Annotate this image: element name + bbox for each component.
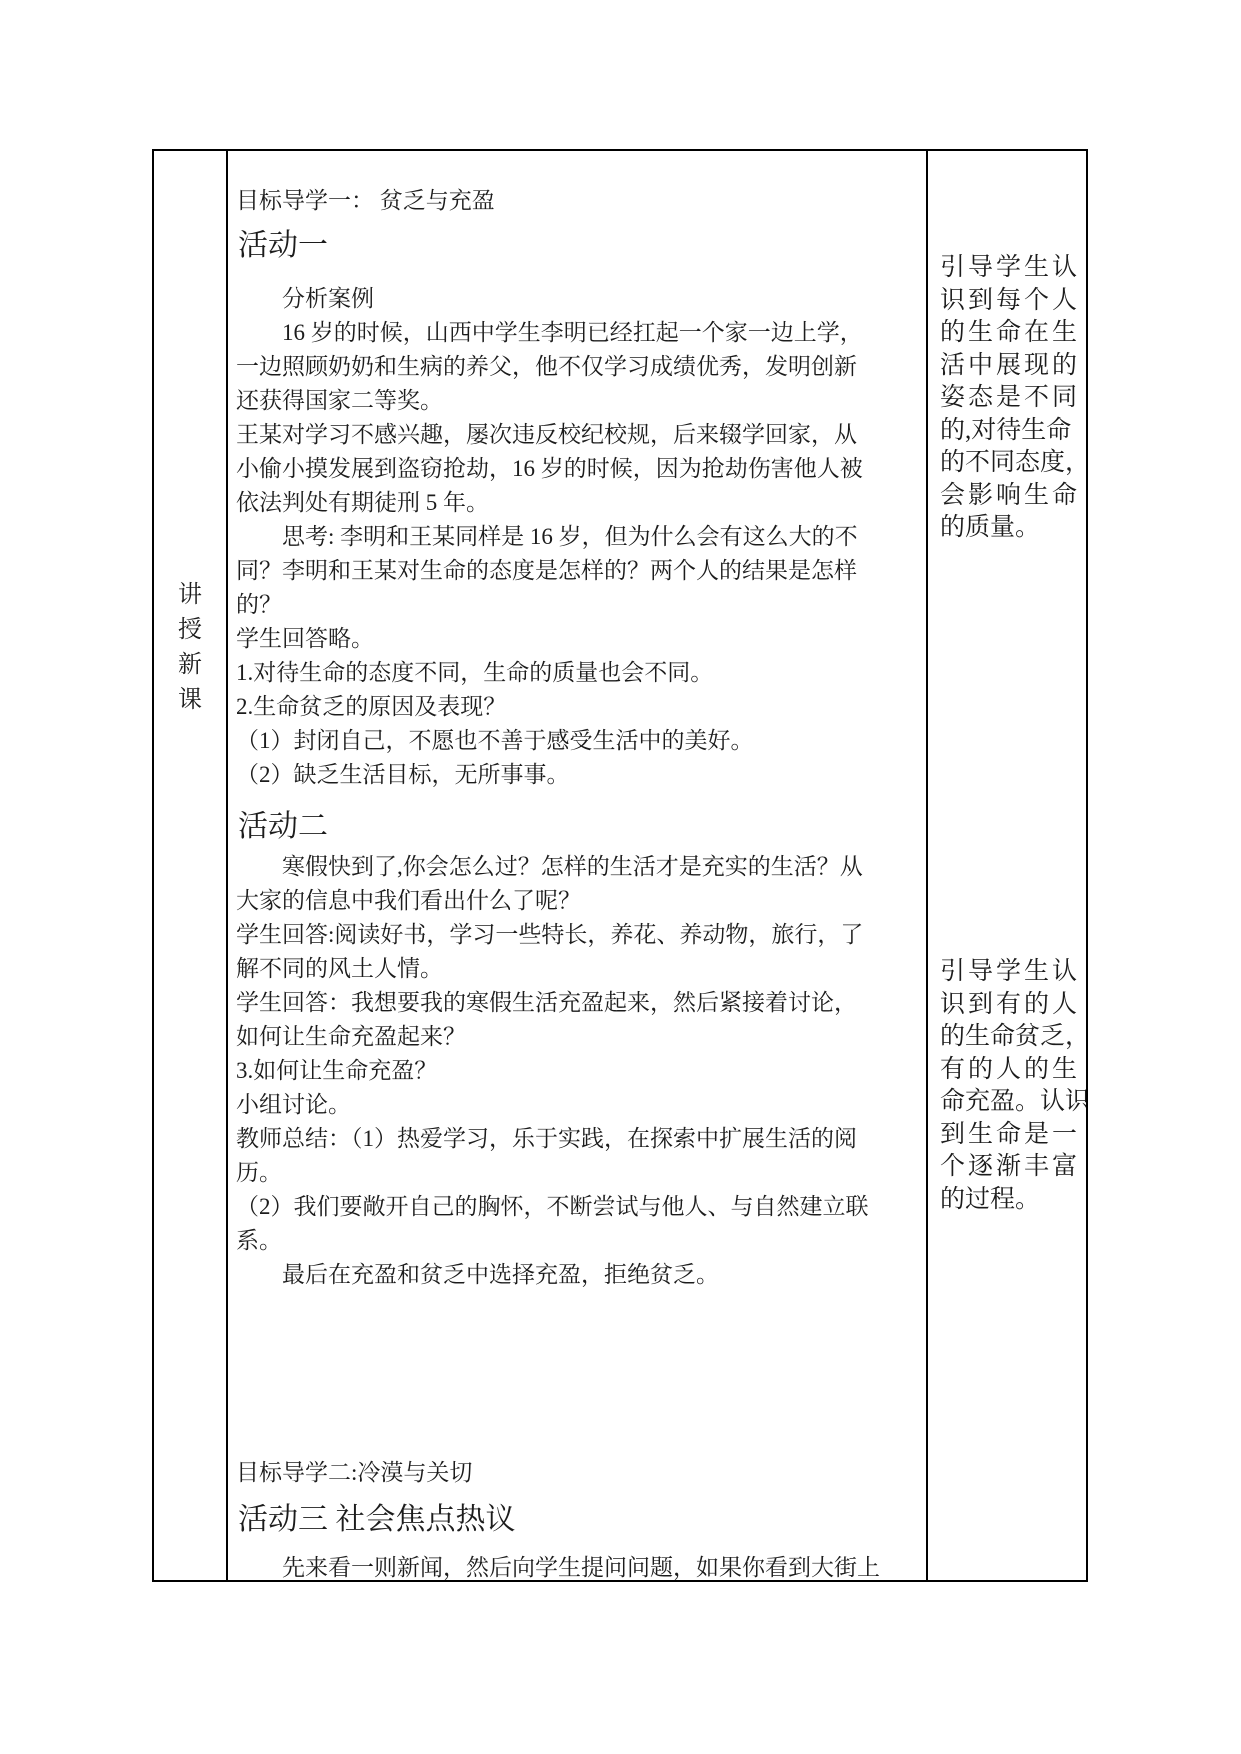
text-line: 王某对学习不感兴趣，屡次违反校纪校规，后来辍学回家，从 (236, 418, 916, 452)
text-line: 16 岁的时候，山西中学生李明已经扛起一个家一边上学， (236, 316, 916, 350)
text-line: 3.如何让生命充盈？ (236, 1054, 916, 1088)
text-line: 思考: 李明和王某同样是 16 岁，但为什么会有这么大的不 (236, 520, 916, 554)
note-line: 的不同态度， (940, 447, 1077, 480)
note-line: 个逐渐丰富 (940, 1151, 1077, 1184)
note-line: 的质量。 (940, 512, 1077, 545)
section2-title: 目标导学二:冷漠与关切 (236, 1456, 916, 1490)
text-line: 分析案例 (236, 282, 916, 316)
note-line: 活中展现的 (940, 350, 1077, 383)
text-line: 一边照顾奶奶和生病的养父，他不仅学习成绩优秀，发明创新 (236, 350, 916, 384)
section1-title: 目标导学一： 贫乏与充盈 (236, 184, 916, 218)
text-line: 教师总结：（1）热爱学习，乐于实践，在探索中扩展生活的阅 (236, 1122, 916, 1156)
text-line: 学生回答：我想要我的寒假生活充盈起来，然后紧接着讨论， (236, 986, 916, 1020)
text-line: 学生回答:阅读好书，学习一些特长，养花、养动物，旅行，了 (236, 918, 916, 952)
text-line: 最后在充盈和贫乏中选择充盈，拒绝贫乏。 (236, 1258, 916, 1292)
note-line: 的生命贫乏， (940, 1021, 1077, 1054)
text-line: 解不同的风土人情。 (236, 952, 916, 986)
stage-char: 课 (154, 683, 226, 718)
note-line: 引导学生认 (940, 252, 1077, 285)
note-line: 的,对待生命 (940, 415, 1077, 448)
note-line: 的生命在生 (940, 317, 1077, 350)
text-line: 先来看一则新闻，然后向学生提问问题，如果你看到大街上 (236, 1551, 916, 1580)
text-line: 历。 (236, 1156, 916, 1190)
text-line: 的？ (236, 588, 916, 622)
activity2-heading: 活动二 (238, 810, 916, 844)
content-column: 目标导学一： 贫乏与充盈 活动一 分析案例 16 岁的时候，山西中学生李明已经扛… (228, 151, 928, 1580)
stage-column: 讲 授 新 课 (154, 151, 228, 1580)
note-line: 有的人的生 (940, 1054, 1077, 1087)
text-line: 同？李明和王某对生命的态度是怎样的？两个人的结果是怎样 (236, 554, 916, 588)
notes-column: 引导学生认 识到每个人 的生命在生 活中展现的 姿态是不同 的,对待生命 的不同… (928, 151, 1086, 1580)
activity3-heading: 活动三 社会焦点热议 (238, 1503, 916, 1537)
text-line: 寒假快到了,你会怎么过？怎样的生活才是充实的生活？从 (236, 850, 916, 884)
lesson-plan-table: 讲 授 新 课 目标导学一： 贫乏与充盈 活动一 分析案例 16 岁的时候，山西… (152, 149, 1088, 1582)
text-line: （1）封闭自己，不愿也不善于感受生活中的美好。 (236, 724, 916, 758)
note-line: 命充盈。认识 (940, 1086, 1077, 1119)
case-analysis-block: 分析案例 16 岁的时候，山西中学生李明已经扛起一个家一边上学， 一边照顾奶奶和… (236, 282, 916, 792)
guidance-note-1: 引导学生认 识到每个人 的生命在生 活中展现的 姿态是不同 的,对待生命 的不同… (940, 252, 1077, 545)
text-line: 还获得国家二等奖。 (236, 384, 916, 418)
note-line: 的过程。 (940, 1184, 1077, 1217)
text-line: 依法判处有期徒刑 5 年。 (236, 486, 916, 520)
note-line: 会影响生命 (940, 480, 1077, 513)
text-line: 如何让生命充盈起来？ (236, 1020, 916, 1054)
activity1-heading: 活动一 (238, 229, 916, 263)
text-line: 1.对待生命的态度不同，生命的质量也会不同。 (236, 656, 916, 690)
note-line: 姿态是不同 (940, 382, 1077, 415)
note-line: 识到每个人 (940, 285, 1077, 318)
stage-char: 授 (154, 613, 226, 648)
text-line: （2）我们要敞开自己的胸怀，不断尝试与他人、与自然建立联 (236, 1190, 916, 1224)
text-line: 学生回答略。 (236, 622, 916, 656)
document-page: 讲 授 新 课 目标导学一： 贫乏与充盈 活动一 分析案例 16 岁的时候，山西… (0, 0, 1241, 1754)
text-line: 大家的信息中我们看出什么了呢？ (236, 884, 916, 918)
note-line: 识到有的人 (940, 989, 1077, 1022)
text-line: 2.生命贫乏的原因及表现？ (236, 690, 916, 724)
stage-char: 新 (154, 648, 226, 683)
guidance-note-2: 引导学生认 识到有的人 的生命贫乏， 有的人的生 命充盈。认识 到生命是一 个逐… (940, 956, 1077, 1216)
blank-space (236, 1292, 916, 1456)
note-line: 引导学生认 (940, 956, 1077, 989)
text-line: 小组讨论。 (236, 1088, 916, 1122)
text-line: 系。 (236, 1224, 916, 1258)
stage-char: 讲 (154, 578, 226, 613)
stage-label: 讲 授 新 课 (154, 578, 226, 718)
note-line: 到生命是一 (940, 1119, 1077, 1152)
text-line: （2）缺乏生活目标，无所事事。 (236, 758, 916, 792)
discussion-block: 寒假快到了,你会怎么过？怎样的生活才是充实的生活？从 大家的信息中我们看出什么了… (236, 850, 916, 1292)
text-line: 小偷小摸发展到盗窃抢劫，16 岁的时候，因为抢劫伤害他人被 (236, 452, 916, 486)
